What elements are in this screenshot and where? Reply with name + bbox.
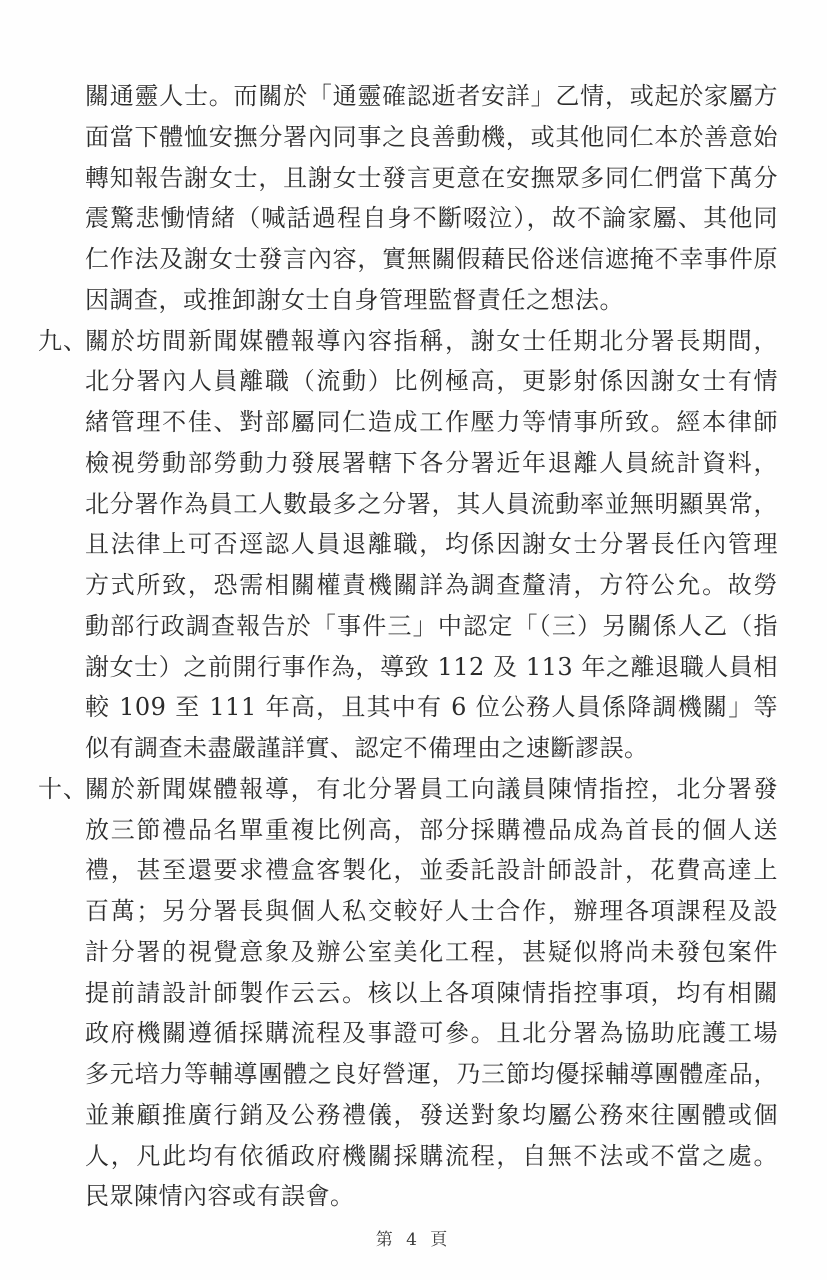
text-line: 關通靈人士。而關於「通靈確認逝者安詳」乙情，或起於家屬方 (85, 76, 778, 117)
text-line: 計分署的視覺意象及辦公室美化工程，甚疑似將尚未發包案件 (85, 932, 778, 973)
text-line: 關於新聞媒體報導，有北分署員工向議員陳情指控，北分署發 (85, 769, 778, 810)
text-line: 政府機關遵循採購流程及事證可參。且北分署為協助庇護工場 (85, 1013, 778, 1054)
list-item-marker: 十、 (38, 769, 88, 810)
document-page: 關通靈人士。而關於「通靈確認逝者安詳」乙情，或起於家屬方面當下體恤安撫分署內同事… (0, 0, 827, 1280)
text-line: 提前請設計師製作云云。核以上各項陳情指控事項，均有相關 (85, 973, 778, 1014)
text-line: 緒管理不佳、對部屬同仁造成工作壓力等情事所致。經本律師 (85, 402, 778, 443)
paragraph: 十、關於新聞媒體報導，有北分署員工向議員陳情指控，北分署發放三節禮品名單重複比例… (38, 769, 778, 1217)
text-line: 面當下體恤安撫分署內同事之良善動機，或其他同仁本於善意始 (85, 117, 778, 158)
text-line: 似有調查未盡嚴謹詳實、認定不備理由之速斷謬誤。 (85, 728, 778, 769)
text-line: 關於坊間新聞媒體報導內容指稱，謝女士任期北分署長期間， (85, 321, 778, 362)
text-line: 較 109 至 111 年高，且其中有 6 位公務人員係降調機關」等語， (85, 687, 778, 728)
text-line: 百萬；另分署長與個人私交較好人士合作，辦理各項課程及設 (85, 891, 778, 932)
text-line: 多元培力等輔導團體之良好營運，乃三節均優採輔導團體產品， (85, 1054, 778, 1095)
text-line: 且法律上可否逕認人員退離職，均係因謝女士分署長任內管理 (85, 524, 778, 565)
text-line: 並兼顧推廣行銷及公務禮儀，發送對象均屬公務來往團體或個 (85, 1095, 778, 1136)
text-line: 動部行政調查報告於「事件三」中認定「（三）另關係人乙（指 (85, 606, 778, 647)
paragraph: 關通靈人士。而關於「通靈確認逝者安詳」乙情，或起於家屬方面當下體恤安撫分署內同事… (38, 76, 778, 321)
text-line: 轉知報告謝女士，且謝女士發言更意在安撫眾多同仁們當下萬分 (85, 158, 778, 199)
text-line: 民眾陳情內容或有誤會。 (85, 1176, 778, 1217)
text-line: 人，凡此均有依循政府機關採購流程，自無不法或不當之處。 (85, 1136, 778, 1177)
text-line: 禮，甚至還要求禮盒客製化，並委託設計師設計，花費高達上 (85, 850, 778, 891)
paragraph: 九、關於坊間新聞媒體報導內容指稱，謝女士任期北分署長期間，北分署內人員離職（流動… (38, 321, 778, 769)
text-line: 因調查，或推卸謝女士自身管理監督責任之想法。 (85, 280, 778, 321)
text-line: 震驚悲慟情緒（喊話過程自身不斷啜泣），故不論家屬、其他同 (85, 198, 778, 239)
page-footer: 第 4 頁 (0, 1225, 827, 1250)
text-line: 檢視勞動部勞動力發展署轄下各分署近年退離人員統計資料， (85, 443, 778, 484)
text-line: 放三節禮品名單重複比例高，部分採購禮品成為首長的個人送 (85, 810, 778, 851)
document-content: 關通靈人士。而關於「通靈確認逝者安詳」乙情，或起於家屬方面當下體恤安撫分署內同事… (38, 76, 778, 1217)
text-line: 謝女士）之前開行事作為，導致 112 及 113 年之離退職人員相 (85, 647, 778, 688)
text-line: 方式所致，恐需相關權責機關詳為調查釐清，方符公允。故勞 (85, 565, 778, 606)
text-line: 仁作法及謝女士發言內容，實無關假藉民俗迷信遮掩不幸事件原 (85, 239, 778, 280)
list-item-marker: 九、 (38, 321, 88, 362)
text-line: 北分署作為員工人數最多之分署，其人員流動率並無明顯異常， (85, 484, 778, 525)
text-line: 北分署內人員離職（流動）比例極高，更影射係因謝女士有情 (85, 361, 778, 402)
